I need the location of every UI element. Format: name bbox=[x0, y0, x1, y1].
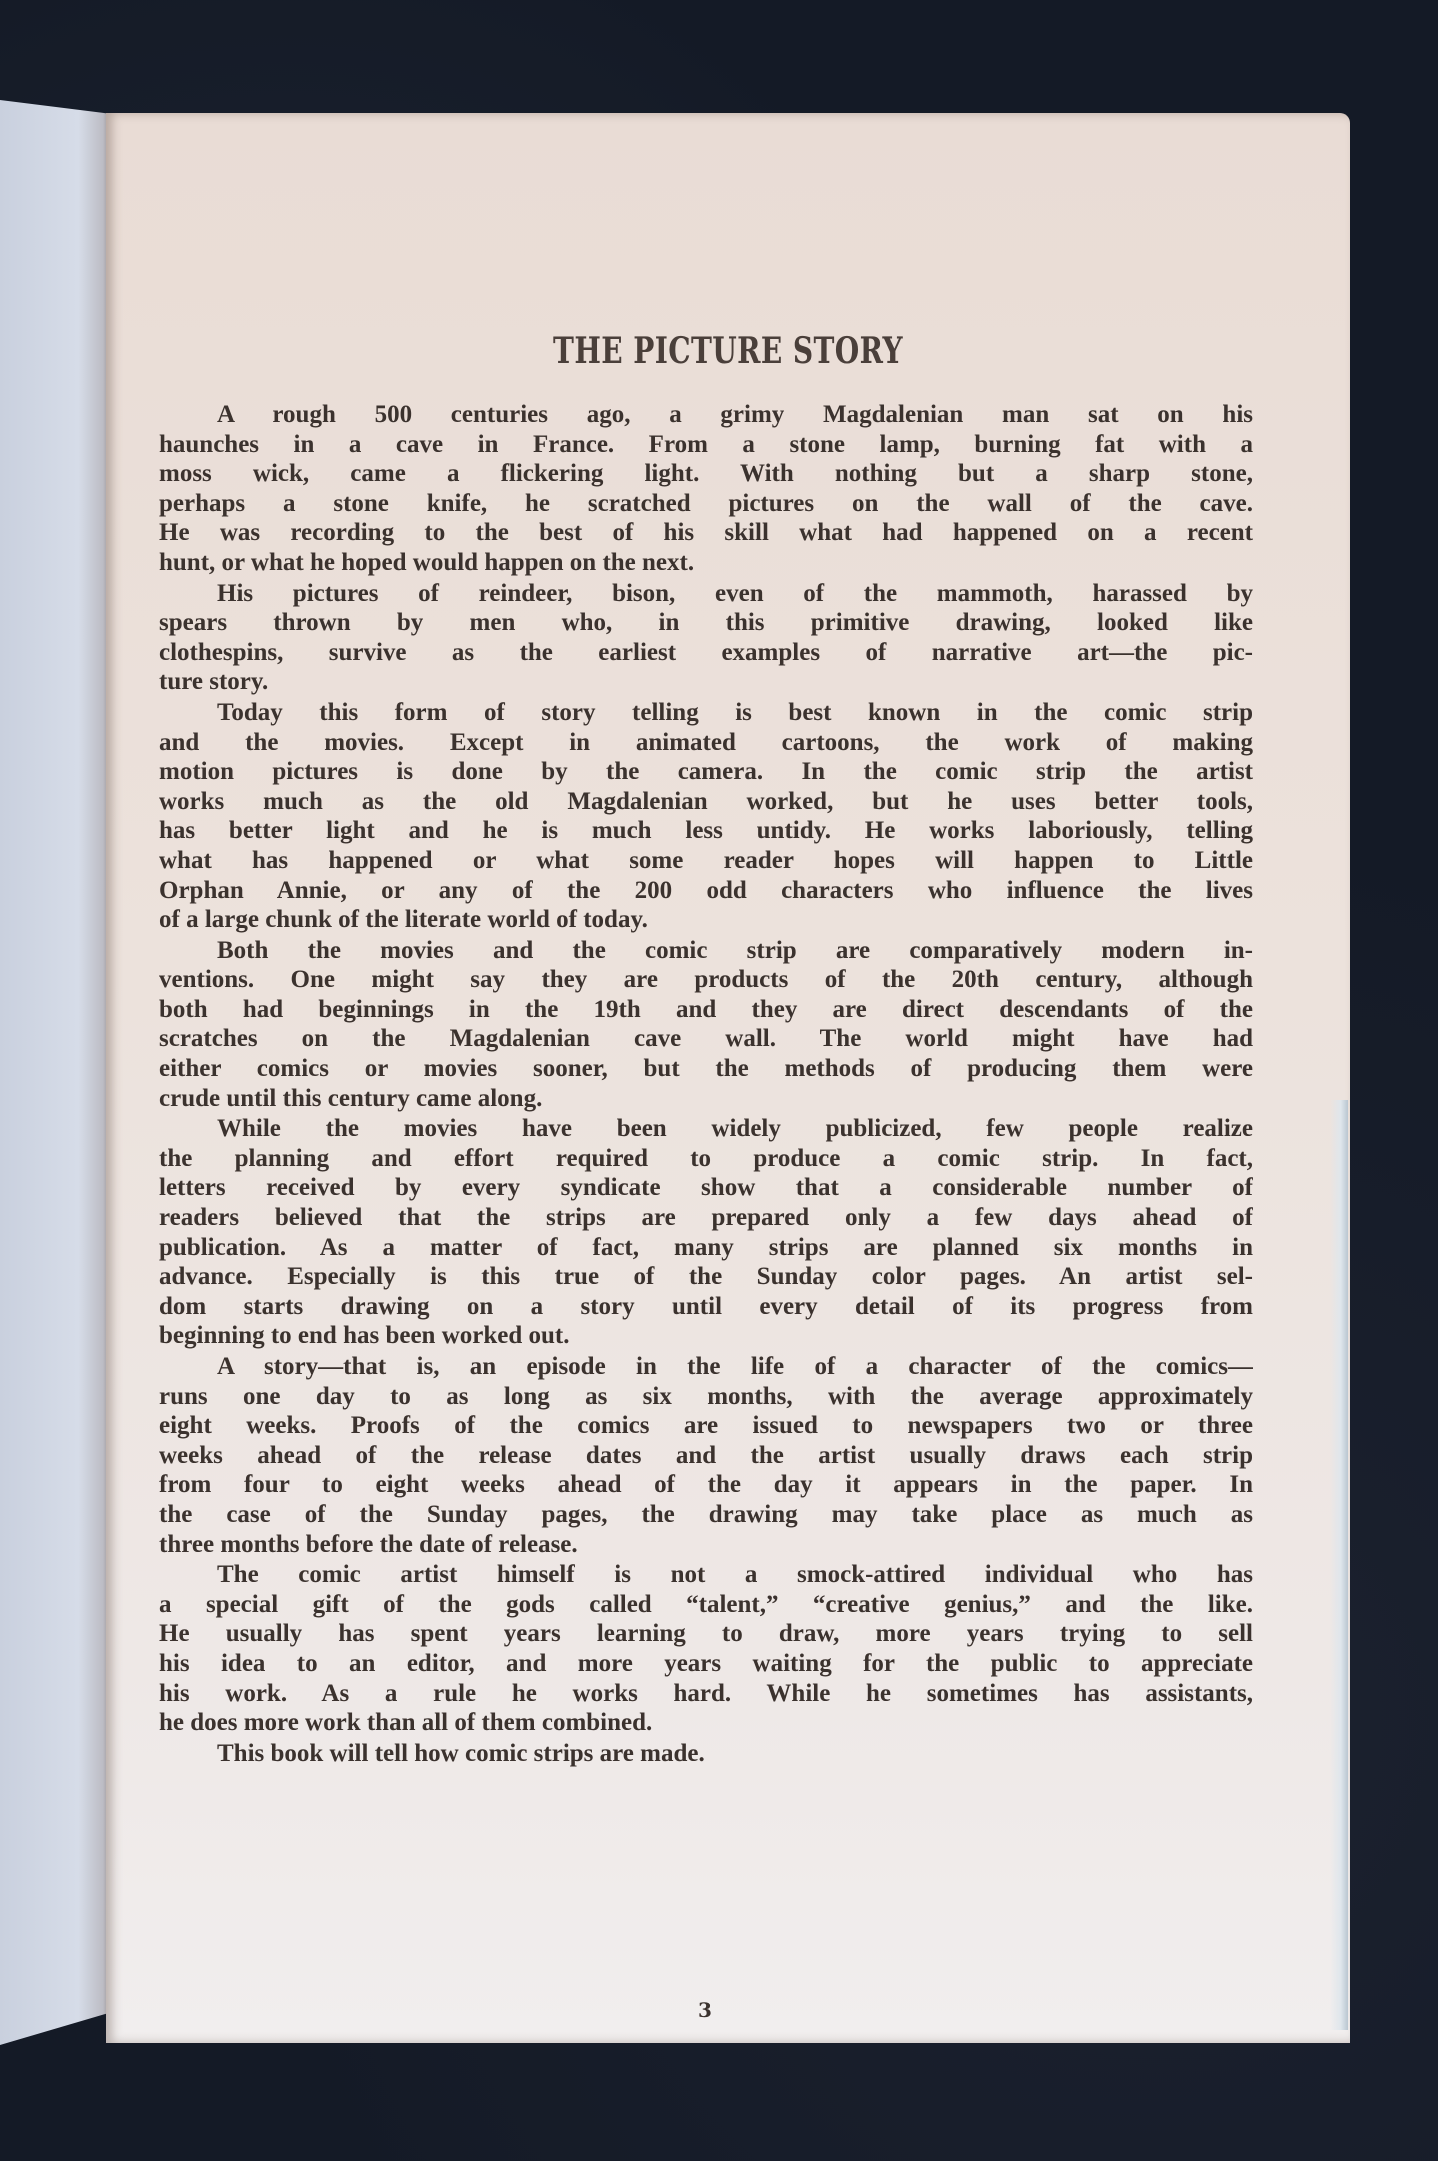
paragraph: A story—that is, an episode in the life … bbox=[159, 1352, 1253, 1559]
paragraph: Both the movies and the comic strip are … bbox=[159, 936, 1253, 1114]
chapter-title: THE PICTURE STORY bbox=[243, 330, 1213, 372]
text-line: works much as the old Magdalenian worked… bbox=[159, 787, 1253, 817]
text-line: runs one day to as long as six months, w… bbox=[159, 1382, 1253, 1412]
paragraph: His pictures of reindeer, bison, even of… bbox=[159, 579, 1253, 697]
text-line: dom starts drawing on a story until ever… bbox=[159, 1292, 1253, 1322]
text-line: spears thrown by men who, in this primit… bbox=[159, 608, 1253, 638]
text-line: either comics or movies sooner, but the … bbox=[159, 1054, 1253, 1084]
text-line: This book will tell how comic strips are… bbox=[159, 1739, 1253, 1769]
facing-page bbox=[0, 100, 112, 2045]
text-line: He usually has spent years learning to d… bbox=[159, 1619, 1253, 1649]
text-line: the case of the Sunday pages, the drawin… bbox=[159, 1500, 1253, 1530]
text-line: he does more work than all of them combi… bbox=[159, 1708, 1253, 1738]
paragraph: This book will tell how comic strips are… bbox=[159, 1739, 1253, 1769]
paragraph: While the movies have been widely public… bbox=[159, 1114, 1253, 1351]
text-line: His pictures of reindeer, bison, even of… bbox=[159, 579, 1253, 609]
text-line: letters received by every syndicate show… bbox=[159, 1173, 1253, 1203]
text-line: his idea to an editor, and more years wa… bbox=[159, 1649, 1253, 1679]
text-line: weeks ahead of the release dates and the… bbox=[159, 1441, 1253, 1471]
text-line: A story—that is, an episode in the life … bbox=[159, 1352, 1253, 1382]
text-line: his work. As a rule he works hard. While… bbox=[159, 1679, 1253, 1709]
text-line: clothespins, survive as the earliest exa… bbox=[159, 638, 1253, 668]
text-line: of a large chunk of the literate world o… bbox=[159, 905, 1253, 935]
text-line: readers believed that the strips are pre… bbox=[159, 1203, 1253, 1233]
text-line: advance. Especially is this true of the … bbox=[159, 1262, 1253, 1292]
text-line: the planning and effort required to prod… bbox=[159, 1144, 1253, 1174]
page-edge bbox=[1330, 1100, 1348, 2030]
text-line: a special gift of the gods called “talen… bbox=[159, 1590, 1253, 1620]
text-line: perhaps a stone knife, he scratched pict… bbox=[159, 489, 1253, 519]
text-line: Orphan Annie, or any of the 200 odd char… bbox=[159, 876, 1253, 906]
paragraph: The comic artist himself is not a smock-… bbox=[159, 1560, 1253, 1738]
paragraph: Today this form of story telling is best… bbox=[159, 698, 1253, 935]
body-text: A rough 500 centuries ago, a grimy Magda… bbox=[159, 400, 1253, 1769]
text-line: haunches in a cave in France. From a sto… bbox=[159, 430, 1253, 460]
text-line: what has happened or what some reader ho… bbox=[159, 846, 1253, 876]
text-line: Today this form of story telling is best… bbox=[159, 698, 1253, 728]
page-number: 3 bbox=[698, 1998, 712, 2022]
text-line: The comic artist himself is not a smock-… bbox=[159, 1560, 1253, 1590]
text-line: Both the movies and the comic strip are … bbox=[159, 936, 1253, 966]
text-line: moss wick, came a flickering light. With… bbox=[159, 459, 1253, 489]
text-line: three months before the date of release. bbox=[159, 1530, 1253, 1560]
text-line: from four to eight weeks ahead of the da… bbox=[159, 1470, 1253, 1500]
text-line: ventions. One might say they are product… bbox=[159, 965, 1253, 995]
text-line: crude until this century came along. bbox=[159, 1084, 1253, 1114]
text-line: hunt, or what he hoped would happen on t… bbox=[159, 548, 1253, 578]
text-line: A rough 500 centuries ago, a grimy Magda… bbox=[159, 400, 1253, 430]
paragraph: A rough 500 centuries ago, a grimy Magda… bbox=[159, 400, 1253, 578]
text-line: ture story. bbox=[159, 667, 1253, 697]
text-line: both had beginnings in the 19th and they… bbox=[159, 995, 1253, 1025]
text-line: has better light and he is much less unt… bbox=[159, 816, 1253, 846]
text-line: While the movies have been widely public… bbox=[159, 1114, 1253, 1144]
text-line: publication. As a matter of fact, many s… bbox=[159, 1233, 1253, 1263]
text-line: beginning to end has been worked out. bbox=[159, 1321, 1253, 1351]
text-line: He was recording to the best of his skil… bbox=[159, 518, 1253, 548]
text-line: scratches on the Magdalenian cave wall. … bbox=[159, 1024, 1253, 1054]
text-line: motion pictures is done by the camera. I… bbox=[159, 757, 1253, 787]
text-line: and the movies. Except in animated carto… bbox=[159, 728, 1253, 758]
text-line: eight weeks. Proofs of the comics are is… bbox=[159, 1411, 1253, 1441]
